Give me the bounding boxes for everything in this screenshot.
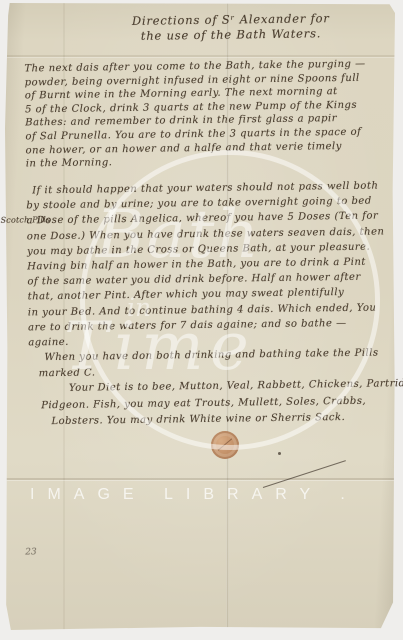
manuscript-photo: Directions of Sʳ Alexander for the use o… <box>0 0 403 640</box>
paragraph-pills-and-bathing: If it should happen that your waters sho… <box>26 178 386 350</box>
stray-ink-dot <box>278 452 281 455</box>
document-title: Directions of Sʳ Alexander for the use o… <box>86 11 376 45</box>
wax-seal-stamp <box>211 431 239 459</box>
handwriting-layer: Directions of Sʳ Alexander for the use o… <box>0 0 403 640</box>
paragraph-diet: Your Diet is to bee, Mutton, Veal, Rabbe… <box>41 376 403 431</box>
seal-inner-mark <box>218 438 232 450</box>
pencil-mark: 23 <box>25 547 37 557</box>
paragraph-instructions-drinking: The next dais after you come to the Bath… <box>24 58 367 172</box>
title-line: the use of the Bath Waters. <box>86 26 376 45</box>
